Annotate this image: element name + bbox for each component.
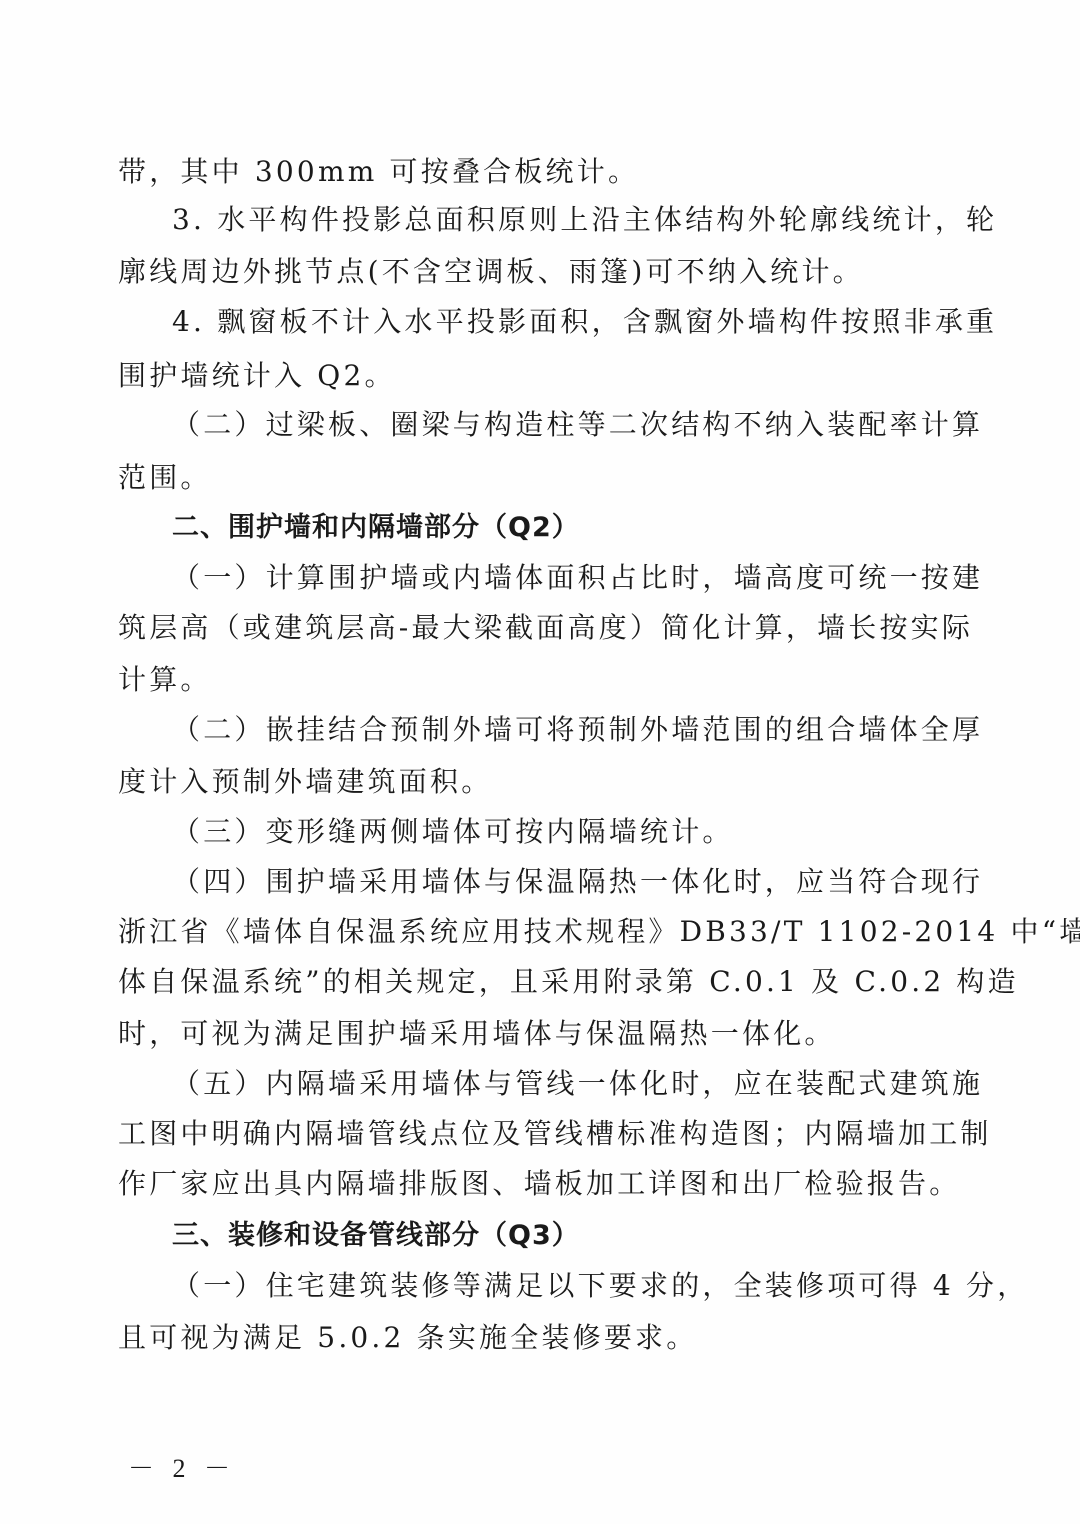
- text-line: 且可视为满足 5.0.2 条实施全装修要求。: [118, 1318, 918, 1358]
- text-line: 围护墙统计入 Q2。: [118, 356, 918, 396]
- text-line: （一）计算围护墙或内墙体面积占比时，墙高度可统一按建: [172, 558, 972, 598]
- text-line: 带，其中 300mm 可按叠合板统计。: [118, 152, 918, 192]
- text-line: 浙江省《墙体自保温系统应用技术规程》DB33/T 1102-2014 中“墙: [118, 912, 918, 952]
- text-line: （三）变形缝两侧墙体可按内隔墙统计。: [172, 812, 972, 852]
- text-line: 3. 水平构件投影总面积原则上沿主体结构外轮廓线统计，轮: [172, 200, 972, 240]
- text-line: 工图中明确内隔墙管线点位及管线槽标准构造图；内隔墙加工制: [118, 1114, 918, 1154]
- section-heading-q2: 二、围护墙和内隔墙部分（Q2）: [172, 508, 972, 548]
- text-line: 范围。: [118, 458, 918, 498]
- page-number: － 2 －: [128, 1448, 236, 1485]
- text-line: 筑层高（或建筑层高-最大梁截面高度）简化计算，墙长按实际: [118, 608, 918, 648]
- text-line: （二）过梁板、圈梁与构造柱等二次结构不纳入装配率计算: [172, 405, 972, 445]
- text-line: （二）嵌挂结合预制外墙可将预制外墙范围的组合墙体全厚: [172, 710, 972, 750]
- text-line: 计算。: [118, 660, 918, 700]
- text-line: 度计入预制外墙建筑面积。: [118, 762, 918, 802]
- text-line: （四）围护墙采用墙体与保温隔热一体化时，应当符合现行: [172, 862, 972, 902]
- text-line: （一）住宅建筑装修等满足以下要求的，全装修项可得 4 分，: [172, 1266, 972, 1306]
- text-line: 廓线周边外挑节点(不含空调板、雨篷)可不纳入统计。: [118, 252, 918, 292]
- document-page: 带，其中 300mm 可按叠合板统计。 3. 水平构件投影总面积原则上沿主体结构…: [0, 0, 1080, 1524]
- text-line: （五）内隔墙采用墙体与管线一体化时，应在装配式建筑施: [172, 1064, 972, 1104]
- text-line: 4. 飘窗板不计入水平投影面积，含飘窗外墙构件按照非承重: [172, 302, 972, 342]
- text-line: 时，可视为满足围护墙采用墙体与保温隔热一体化。: [118, 1014, 918, 1054]
- section-heading-q3: 三、装修和设备管线部分（Q3）: [172, 1216, 972, 1256]
- text-line: 作厂家应出具内隔墙排版图、墙板加工详图和出厂检验报告。: [118, 1164, 918, 1204]
- text-line: 体自保温系统”的相关规定，且采用附录第 C.0.1 及 C.0.2 构造: [118, 962, 918, 1002]
